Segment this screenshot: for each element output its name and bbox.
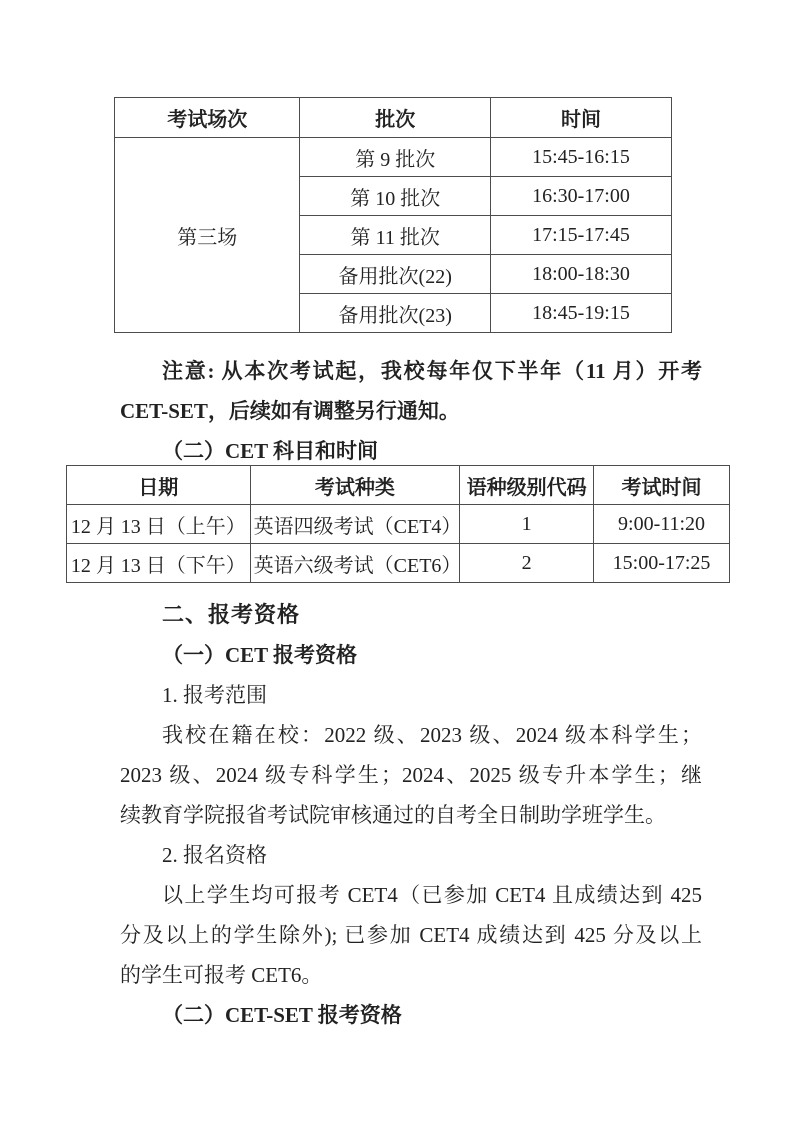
date-cell: 12 月 13 日（上午） <box>67 505 251 544</box>
exam-type-cell: 英语四级考试（CET4） <box>250 505 460 544</box>
time-cell: 16:30-17:00 <box>490 177 671 216</box>
exam-time-cell: 15:00-17:25 <box>594 544 730 583</box>
qualification-line-1: 以上学生均可报考 CET4（已参加 CET4 且成绩达到 425 <box>120 875 702 915</box>
exam-sessions-header-row: 考试场次 批次 时间 <box>115 98 672 138</box>
time-cell: 18:00-18:30 <box>490 255 671 294</box>
heading-qualification: 2. 报名资格 <box>120 835 702 875</box>
batch-cell: 第 11 批次 <box>300 216 490 255</box>
heading-scope: 1. 报考范围 <box>120 675 702 715</box>
table-row: 12 月 13 日（上午） 英语四级考试（CET4） 1 9:00-11:20 <box>67 505 730 544</box>
session-cell: 第三场 <box>115 138 300 333</box>
column-header-level-code: 语种级别代码 <box>460 466 594 505</box>
cet-schedule-header-row: 日期 考试种类 语种级别代码 考试时间 <box>67 466 730 505</box>
column-header-session: 考试场次 <box>115 98 300 138</box>
column-header-date: 日期 <box>67 466 251 505</box>
heading-cet-eligibility: （一）CET 报考资格 <box>120 635 702 675</box>
table-row: 12 月 13 日（下午） 英语六级考试（CET6） 2 15:00-17:25 <box>67 544 730 583</box>
column-header-exam-type: 考试种类 <box>250 466 460 505</box>
column-header-time: 时间 <box>490 98 671 138</box>
date-cell: 12 月 13 日（下午） <box>67 544 251 583</box>
level-code-cell: 2 <box>460 544 594 583</box>
exam-type-cell: 英语六级考试（CET6） <box>250 544 460 583</box>
document-page: 考试场次 批次 时间 第三场 第 9 批次 15:45-16:15 第 10 批… <box>0 0 799 1131</box>
batch-cell: 备用批次(22) <box>300 255 490 294</box>
exam-sessions-table: 考试场次 批次 时间 第三场 第 9 批次 15:45-16:15 第 10 批… <box>114 97 672 333</box>
column-header-exam-time: 考试时间 <box>594 466 730 505</box>
note-line-1: 注意: 从本次考试起，我校每年仅下半年（11 月）开考 <box>120 351 702 391</box>
exam-time-cell: 9:00-11:20 <box>594 505 730 544</box>
eligibility-section: 二、报考资格 （一）CET 报考资格 1. 报考范围 我校在籍在校：2022 级… <box>120 595 702 1035</box>
batch-cell: 第 9 批次 <box>300 138 490 177</box>
column-header-batch: 批次 <box>300 98 490 138</box>
qualification-line-3: 的学生可报考 CET6。 <box>120 955 702 995</box>
time-cell: 18:45-19:15 <box>490 294 671 333</box>
scope-line-1: 我校在籍在校：2022 级、2023 级、2024 级本科学生； <box>120 715 702 755</box>
batch-cell: 备用批次(23) <box>300 294 490 333</box>
qualification-line-2: 分及以上的学生除外); 已参加 CET4 成绩达到 425 分及以上 <box>120 915 702 955</box>
heading-cet-set-eligibility: （二）CET-SET 报考资格 <box>120 995 702 1035</box>
scope-line-2: 2023 级、2024 级专科学生；2024、2025 级专升本学生；继 <box>120 755 702 795</box>
note-line-2: CET-SET，后续如有调整另行通知。 <box>120 391 702 431</box>
scope-line-3: 续教育学院报省考试院审核通过的自考全日制助学班学生。 <box>120 795 702 835</box>
time-cell: 17:15-17:45 <box>490 216 671 255</box>
level-code-cell: 1 <box>460 505 594 544</box>
section-heading-eligibility: 二、报考资格 <box>120 595 702 635</box>
time-cell: 15:45-16:15 <box>490 138 671 177</box>
cet-schedule-table: 日期 考试种类 语种级别代码 考试时间 12 月 13 日（上午） 英语四级考试… <box>66 465 730 583</box>
batch-cell: 第 10 批次 <box>300 177 490 216</box>
table-row: 第三场 第 9 批次 15:45-16:15 <box>115 138 672 177</box>
note-paragraph: 注意: 从本次考试起，我校每年仅下半年（11 月）开考 CET-SET，后续如有… <box>120 351 702 471</box>
